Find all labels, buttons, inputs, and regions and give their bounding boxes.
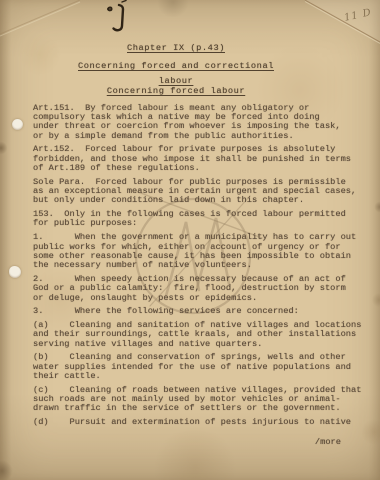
paragraph-art-152: Art.152. Forced labour for private purpo… bbox=[33, 145, 377, 173]
paragraph-art-153: 153. Only in the following cases is forc… bbox=[33, 210, 377, 229]
subtitle-heading: Concerning forced labour bbox=[33, 87, 319, 96]
scanned-document-page: 11 D Chapter IX (p.43) Concerning forced… bbox=[0, 0, 380, 480]
paragraph-item-d: (d) Pursuit and extermination of pests i… bbox=[33, 418, 377, 427]
paragraph-item-2: 2. When speedy action is necessary becau… bbox=[33, 275, 377, 303]
paragraph-item-1: 1. When the government or a municipality… bbox=[33, 233, 377, 270]
typewritten-text-block: Chapter IX (p.43) Concerning forced and … bbox=[33, 44, 377, 447]
chapter-heading: Chapter IX (p.43) bbox=[33, 44, 319, 53]
more-continuation-note: /more bbox=[33, 438, 341, 447]
paragraph-sole-para: Sole Para. Forced labour for public purp… bbox=[33, 178, 377, 206]
document-headings: Chapter IX (p.43) Concerning forced and … bbox=[33, 44, 319, 96]
paragraph-item-3: 3. Where the following services are conc… bbox=[33, 307, 377, 316]
paragraph-item-c: (c) Cleaning of roads between native vil… bbox=[33, 386, 377, 414]
title-line-1: Concerning forced and correctional bbox=[33, 62, 319, 71]
handwritten-ink-mark bbox=[95, 0, 140, 38]
paragraph-item-a: (a) Cleaning and sanitation of native vi… bbox=[33, 321, 377, 349]
punch-hole-bottom bbox=[9, 266, 21, 278]
paragraph-art-151: Art.151. By forced labour is meant any o… bbox=[33, 104, 377, 141]
punch-hole-top bbox=[12, 119, 23, 130]
pencil-corner-annotation: 11 D bbox=[343, 7, 373, 24]
paragraph-item-b: (b) Cleaning and conservation of springs… bbox=[33, 353, 377, 381]
